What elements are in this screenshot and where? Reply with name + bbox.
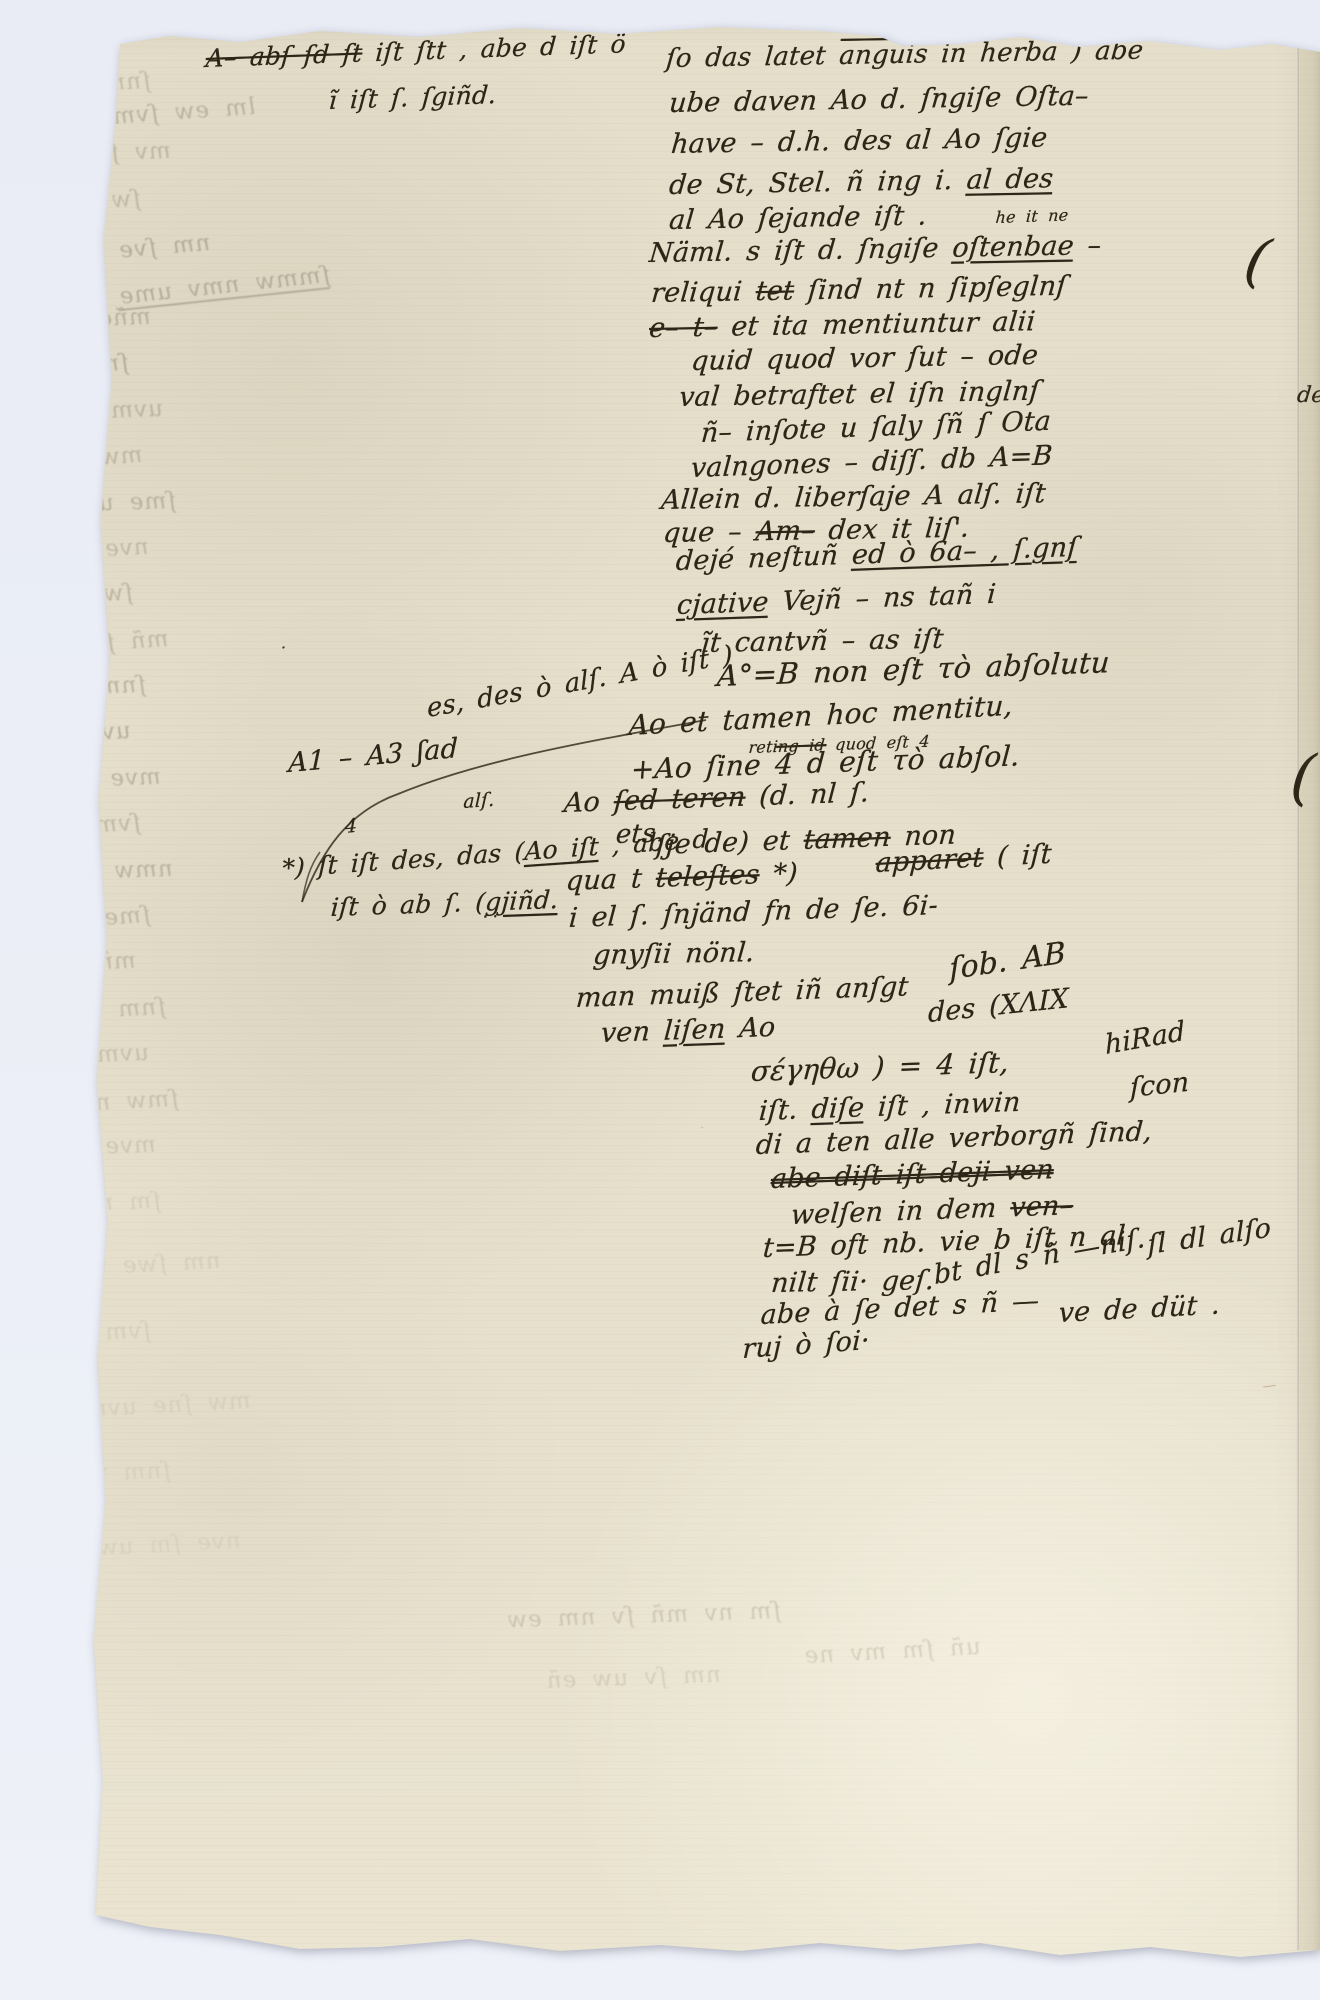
text-segment: reting id quod eſt 4 <box>748 732 931 757</box>
text-segment: ſm nve uw mñe ſv <box>0 1188 162 1223</box>
text-segment: mw ſvn uñe mve <box>0 442 143 484</box>
handwritten-line: A°=B non eſt τὸ abſolutu <box>716 648 1111 691</box>
handwritten-line: ets <box>615 821 657 848</box>
handwritten-line: ſje de) et tamen non <box>655 821 957 859</box>
text-segment: nm ſv uw eñ <box>545 1662 722 1694</box>
handwritten-line: ruj ò ſoi· <box>742 1327 870 1363</box>
text-segment: ſw nme uv ſmn ew <box>0 186 141 226</box>
ghost-line: ſnm ve umw ñe ſv <box>0 996 166 1032</box>
text-segment: σέγηθω ) = 4 iſt, <box>750 1046 1010 1088</box>
text-segment: es, des ò alſ. A ò iſt ) <box>426 640 734 724</box>
text-segment: +Ao ſine <box>630 748 776 786</box>
text-segment: (d. nl ſ. <box>744 777 870 812</box>
text-segment: ( iſt <box>983 839 1053 874</box>
text-segment: iſt , inwin <box>863 1087 1021 1124</box>
ghost-line: uñ ſm mv ne <box>803 1636 981 1668</box>
text-segment: Ao <box>724 1012 776 1045</box>
text-segment: valngones – diſſ. db A=B <box>690 440 1054 484</box>
text-segment: ſmmw nmv ume <box>119 262 330 310</box>
text-segment: ed ò 6a– , ſ.gnſ <box>851 532 1079 571</box>
text-segment: *) ſt iſt des, das ( <box>282 837 525 883</box>
text-segment: uñ ſm mv ne <box>803 1634 981 1669</box>
text-segment: have – d.h. des al Ao ſgie <box>670 122 1049 160</box>
text-segment: ets <box>615 819 657 850</box>
ghost-line: ſnm ew mv uñe ſw <box>0 674 147 706</box>
text-segment: man muiß ſtet iñ anſgt <box>575 971 910 1014</box>
text-segment: ſje de) et <box>655 825 805 861</box>
text-segment: ve de düt . <box>1058 1289 1221 1329</box>
handwritten-line: i el ſ. ſnjänd fn de ſe. 6i- <box>568 892 939 932</box>
text-segment: mve ſnu wmñ ev ſm <box>0 764 162 800</box>
text-segment: ⁄ <box>1263 1381 1275 1392</box>
handwritten-line: man muiß ſtet iñ anſgt <box>575 973 909 1012</box>
text-segment: abe diſt iſt deji ven <box>770 1154 1055 1195</box>
ghost-line: mw ſvn uñe mve <box>0 444 143 483</box>
text-segment: mñe ſv uvm wne ſm <box>0 304 152 340</box>
paper-flecks: ·⁄· <box>0 0 1320 2000</box>
ghost-line: uvm ſne mw ñev ſm <box>0 398 164 431</box>
handwritten-line: ( <box>1240 231 1275 290</box>
text-segment: reliqui <box>650 276 757 309</box>
text-segment: ſl dl alſo <box>1147 1213 1272 1262</box>
text-segment: cjative <box>676 587 770 621</box>
handwritten-line: de St, Stel. ñ ing i. al des <box>668 165 1054 199</box>
handwritten-line: ve de düt . <box>1058 1291 1221 1327</box>
handwritten-line: ube daven Ao d. ſngiſe Oſta– <box>668 83 1090 117</box>
text-segment: nmw ſve uñm ew <box>0 856 174 890</box>
text-segment: dejé neſtuñ <box>675 540 853 577</box>
handwritten-line: gnyſii nönl. <box>592 939 756 969</box>
handwritten-line: Näml. s iſt d. ſngiſe oſtenbae – <box>648 232 1103 267</box>
text-segment: ſnm uve mw ñe <box>0 68 151 105</box>
handwritten-line: apparet ( iſt <box>875 841 1052 877</box>
ghost-line: nve ſm uw <box>96 1530 241 1561</box>
handwritten-line: he it ne <box>995 207 1069 226</box>
handwritten-line: 4 <box>345 817 357 837</box>
paper-shadow-wrap: A– abſ ſd ſt iſt ſtt , abe d iſt öĩ iſt … <box>0 0 1320 2000</box>
text-segment: ſind nt n ſipſeglnſ <box>793 271 1068 307</box>
text-segment: ſed teren <box>613 782 747 818</box>
handwritten-line: σέγηθω ) = 4 iſt, <box>750 1049 1010 1086</box>
text-segment: tamen <box>803 822 892 856</box>
ghost-line: uvm ſne mw ñev <box>0 1042 150 1073</box>
text-segment: anguis <box>838 39 929 71</box>
ghost-line: mñe ſv uvm wne ſm <box>0 306 152 339</box>
text-segment: mv ſne uñw me ſv lm <box>0 138 172 174</box>
text-segment: mñ ſve uvm wne <box>0 626 169 668</box>
handwritten-line: ĩ iſt ſ. ſgiñd. <box>328 82 497 113</box>
text-segment: ſvm nw uñe m <box>0 1318 152 1351</box>
handwritten-line: Ao et tamen hoc mentitu, <box>628 692 1013 740</box>
text-segment: gjiñd. <box>484 885 559 917</box>
ghost-line: nm ſwe uv mñ <box>22 1250 221 1283</box>
handwritten-line: bt dl s ñ —niſ. <box>933 1225 1146 1289</box>
text-segment: nve ſm uwm ñe ſvn <box>0 534 149 574</box>
handwritten-line: have – d.h. des al Ao ſgie <box>670 124 1049 158</box>
handwritten-line: es, des ò alſ. A ò iſt ) <box>426 642 733 722</box>
handwritten-line: ſl dl alſo <box>1147 1215 1271 1259</box>
text-segment: t=B oft nb. vie b iſt n al <box>762 1220 1127 1264</box>
text-segment: eſt τὸ abſol. <box>824 739 1021 779</box>
text-segment: teleſtes <box>655 859 761 894</box>
text-segment: iſt ſtt , abe d iſt ö <box>361 29 627 67</box>
text-segment: abe à ſe det s ñ — <box>760 1285 1040 1331</box>
text-segment: ſcon <box>1130 1067 1189 1104</box>
text-segment: Vejñ – ns tañ i <box>768 579 998 618</box>
text-segment: e– t– <box>648 312 719 344</box>
text-segment: alſ. <box>463 789 495 813</box>
ghost-line: nm ſv uw eñ <box>545 1664 722 1693</box>
handwritten-line: dejé neſtuñ ed ò 6a– , ſ.gnſ <box>675 534 1078 575</box>
text-segment: tet <box>754 275 795 307</box>
text-segment: des (ΧΛΙΧ <box>928 983 1069 1029</box>
text-segment: et ita mentiuntur alii <box>716 306 1036 343</box>
handwritten-line: que – Am– dex it liſ'. <box>662 515 971 547</box>
text-segment: bt dl s ñ —niſ. <box>933 1223 1146 1291</box>
text-segment: ſnm ew mv uñe ſw <box>0 672 147 707</box>
right-edge-crease <box>1296 42 1300 1950</box>
text-segment: ube daven Ao d. ſngiſe Oſta– <box>668 81 1090 119</box>
ghost-bleedthrough-bottom-right: ſm nv mñ ſv nm ewuñ ſm mv nenm ſv uw eñ <box>0 0 1320 2000</box>
handwritten-line: t=B oft nb. vie b iſt n al <box>762 1222 1126 1262</box>
text-segment: Ao et tamen hoc mentitu, <box>628 689 1014 742</box>
ghost-line: mve ſnu wmñ ev ſm <box>0 766 162 799</box>
handwritten-line: *) ſt iſt des, das (Ao iſt , abe d <box>282 826 709 881</box>
text-segment: ſwm nve uñ mſe <box>0 580 134 614</box>
text-segment: ſo das latet <box>665 41 841 74</box>
text-segment: qua t <box>565 863 657 897</box>
ghost-line: ſm nve uw mñe ſv <box>0 1190 162 1222</box>
handwritten-line: abe diſt iſt deji ven <box>770 1156 1055 1193</box>
ghost-line: mñ ſve uvm wne <box>0 628 169 667</box>
handwritten-line: reting id quod eſt 4 <box>748 734 930 756</box>
text-segment: · <box>700 1123 705 1134</box>
ghost-line: ſvm nwe uñ mve ſn <box>0 812 141 849</box>
handwritten-line: reliqui tet ſind nt n ſipſeglnſ <box>650 273 1068 307</box>
text-segment: uve ſmn mw ñev ſm nv <box>0 718 131 761</box>
ghost-line: ſmmw nmv ume <box>119 264 330 309</box>
text-segment: iſt ò ab ſ. ( <box>330 888 487 922</box>
handwritten-line: hiRad <box>1104 1018 1186 1059</box>
text-segment: A°=B non eſt τὸ abſolutu <box>716 645 1111 693</box>
main-text-column: ſo das latet anguis in herba ) abeube da… <box>0 0 1320 2000</box>
text-segment: he it ne <box>995 205 1069 227</box>
handwritten-line: alſ. <box>463 791 495 812</box>
ghost-line: mñe ſvu wnm ev <box>0 950 137 981</box>
manuscript-page: A– abſ ſd ſt iſt ſtt , abe d iſt öĩ iſt … <box>0 0 1320 2000</box>
text-segment: ĩt cantvñ – as iſt <box>700 624 945 659</box>
text-segment: uvm ſne mw ñev <box>0 1040 150 1074</box>
top-left-annotation: A– abſ ſd ſt iſt ſtt , abe d iſt öĩ iſt … <box>0 0 1320 2000</box>
handwritten-line: A– abſ ſd ſt iſt ſtt , abe d iſt ö <box>205 31 627 71</box>
ghost-line: ſm nv mñ ſv nm ew <box>505 1600 781 1633</box>
handwritten-line: ſob. AB <box>949 938 1066 985</box>
text-segment: mve ſnm uw ñe <box>0 1132 157 1165</box>
handwritten-line: welſen in dem ven– <box>790 1192 1074 1229</box>
text-segment: lm ew ſvm nñe uv <box>5 94 255 138</box>
ghost-line: mw ſne uvm <box>84 1390 252 1422</box>
handwritten-line: valngones – diſſ. db A=B <box>690 442 1053 482</box>
text-segment: Näml. s iſt d. ſngiſe <box>648 233 954 269</box>
paper-fleck: · <box>700 1124 704 1134</box>
text-segment: al des <box>965 163 1054 196</box>
ghost-bleedthrough-left: ſnm uve mw ñelm ew ſvm nñe uvmv ſne uñw … <box>0 0 1320 2000</box>
handwritten-line: des (ΧΛΙΧ <box>928 985 1069 1027</box>
text-segment: – <box>1073 230 1103 262</box>
paper-fleck: ⁄ <box>1264 1382 1274 1392</box>
handwritten-line: e– t– et ita mentiuntur alii <box>648 308 1036 342</box>
text-segment: ſme uv nmw ſñe mv <box>0 488 177 524</box>
text-segment: nm ſve mñ uwe <box>0 230 210 275</box>
text-segment: · <box>280 638 287 657</box>
handwritten-line: ſo das latet anguis in herba ) abe <box>665 38 1144 72</box>
handwritten-line: Allein d. liberſaje A alſ. iſt <box>660 480 1047 514</box>
text-segment: *) <box>758 858 798 890</box>
insertion-curve <box>0 0 1320 2000</box>
text-segment: iſt. <box>758 1094 813 1127</box>
handwritten-line: iſt ò ab ſ. (gjiñd. <box>330 887 559 920</box>
text-segment: oſtenbae <box>951 231 1075 264</box>
text-segment: de St, Stel. ñ ing i. <box>668 165 968 201</box>
text-segment: uvm ſne mw ñev ſm <box>0 396 164 432</box>
text-segment: welſen in dem <box>790 1192 1012 1231</box>
handwritten-line: iſt. diſe iſt , inwin <box>758 1089 1021 1125</box>
text-segment: dex it liſ'. <box>814 513 971 547</box>
text-segment: ſob. AB <box>949 935 1067 987</box>
ghost-line: ſnm ve uw ñe <box>0 1460 172 1490</box>
handwritten-line: ĩt cantvñ – as iſt <box>700 626 945 657</box>
ghost-line: lm ew ſvm nñe uv <box>6 96 256 137</box>
text-segment: ſmw nve uñ me <box>0 1086 179 1123</box>
text-segment: 4 d <box>774 746 827 781</box>
text-segment: mñe ſvu wnm ev <box>0 948 137 982</box>
text-segment: , abe d <box>598 824 709 861</box>
handwritten-line: cjative Vejñ – ns tañ i <box>676 581 997 619</box>
right-sheet-edge <box>1300 42 1320 1950</box>
handwritten-line: Ao ſed teren (d. nl ſ. <box>563 779 870 817</box>
text-segment: Am– <box>754 515 816 547</box>
text-segment: liſen <box>663 1014 727 1047</box>
text-segment: hiRad <box>1104 1016 1186 1061</box>
text-segment: quid quod vor ſut – ode <box>690 340 1040 377</box>
text-segment: nilt ſii· geſ. <box>770 1265 936 1299</box>
text-segment: val betraftet el iſn inglnſ <box>678 376 1041 413</box>
handwritten-line: di a ten alle verborgñ ſind, <box>755 1118 1153 1159</box>
text-segment: ( <box>1239 226 1276 295</box>
text-segment: al Ao ſejande iſt . <box>668 200 928 236</box>
text-segment: mw ſne uvm <box>84 1388 252 1423</box>
text-segment: Ao <box>563 786 615 819</box>
handwritten-line: ven liſen Ao <box>600 1014 776 1047</box>
text-segment: ven– <box>1009 1190 1074 1223</box>
text-segment: ſvm nwe uñ mve ſn <box>0 810 141 850</box>
ghost-line: nmw ſve uñm ew <box>0 858 174 889</box>
text-segment: in herba ) abe <box>927 36 1145 70</box>
ghost-bleedthrough-lower: ſm nve uw mñe ſvnm ſwe uv mñſvm nw uñe m… <box>0 0 1320 2000</box>
text-segment: apparet <box>875 842 984 879</box>
text-segment: nve ſm uw <box>96 1528 241 1562</box>
handwritten-line: +Ao ſine 4 d eſt τὸ abſol. <box>630 742 1021 784</box>
text-segment: ſnm ew mv uñe ſwm nv <box>0 350 129 393</box>
scanner-bed: A– abſ ſd ſt iſt ſtt , abe d iſt öĩ iſt … <box>0 0 1320 2000</box>
ghost-line: nve ſm uwm ñe ſvn <box>0 536 149 573</box>
text-segment: i el ſ. ſnjänd fn de ſe. 6i- <box>568 890 939 934</box>
text-segment: ñ– inſote u ſaly ſñ ſ Ota <box>700 406 1052 449</box>
text-segment: ruj ò ſoi· <box>742 1325 870 1365</box>
ghost-line: ſme uvn mwe ñv ſm <box>0 904 151 946</box>
ghost-line: ſwm nve uñ mſe <box>0 582 134 613</box>
ghost-line: ſw nme uv ſmn ew <box>0 188 141 225</box>
handwritten-line: quid quod vor ſut – ode <box>690 342 1039 375</box>
handwritten-line: abe à ſe det s ñ — <box>760 1287 1040 1329</box>
ghost-line: ſnm ew mv uñe ſwm nv <box>0 352 129 392</box>
ghost-line: ſnm uve mw ñe <box>0 70 151 104</box>
handwritten-line: A1 – A3 ʃad <box>288 735 458 777</box>
text-segment: que – <box>662 516 757 549</box>
handwritten-line: al Ao ſejande iſt . <box>668 202 928 234</box>
text-segment: di a ten alle verborgñ ſind, <box>755 1116 1153 1161</box>
handwritten-line: ñ– inſote u ſaly ſñ ſ Ota <box>700 408 1052 447</box>
text-segment: nm ſwe uv mñ <box>22 1248 221 1284</box>
margin-annotation: A1 – A3 ʃades, des ò alſ. A ò iſt )4alſ.… <box>0 0 1320 2000</box>
text-segment: ſme uvn mwe ñv ſm <box>0 902 151 947</box>
text-segment: Allein d. liberſaje A alſ. iſt <box>660 478 1047 516</box>
text-segment: ſnm ve umw ñe ſv <box>0 994 166 1033</box>
ghost-line: ſmw nve uñ me <box>0 1088 179 1122</box>
text-segment: ſnm ve uw ñe <box>0 1458 172 1491</box>
text-segment: gnyſii nönl. <box>592 937 756 971</box>
paper-fleck: · <box>280 640 287 656</box>
handwritten-line: qua t teleſtes *) <box>565 860 799 895</box>
text-segment: A1 – A3 ʃad <box>288 733 458 779</box>
text-segment: diſe <box>810 1092 865 1125</box>
ghost-line: mve ſnm uw ñe <box>0 1134 157 1164</box>
text-segment: ven <box>600 1016 665 1049</box>
handwritten-line: ſcon <box>1130 1069 1189 1102</box>
handwritten-line: val betraftet el iſn inglnſ <box>678 378 1041 411</box>
text-segment: ſm nv mñ ſv nm ew <box>505 1598 781 1634</box>
ghost-line: nm ſve mñ uwe <box>0 232 210 274</box>
ghost-line: ſvm nw uñe m <box>0 1320 152 1350</box>
handwritten-line: nilt ſii· geſ. <box>770 1267 936 1297</box>
text-segment: non <box>890 819 958 852</box>
text-segment: A– abſ ſd ſt <box>205 38 363 73</box>
text-segment: ĩ iſt ſ. ſgiñd. <box>328 80 498 115</box>
text-segment: Ao iſt <box>524 832 599 866</box>
text-segment: 4 <box>345 815 357 838</box>
ghost-line: ſme uv nmw ſñe mv <box>0 490 177 523</box>
ghost-line: uve ſmn mw ñev ſm nv <box>0 720 131 760</box>
ghost-line: mv ſne uñw me ſv lm <box>0 140 172 173</box>
